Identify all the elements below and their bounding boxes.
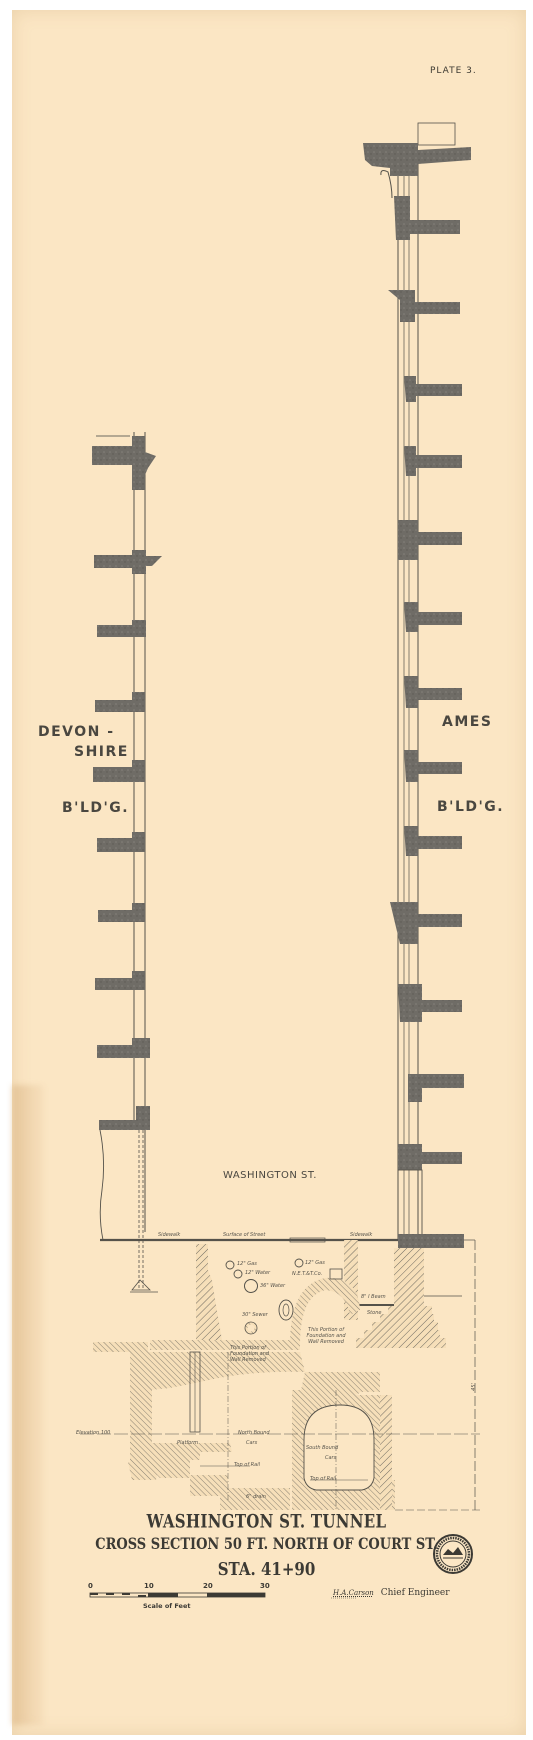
i-beam-label: 8" I Beam [361, 1294, 386, 1300]
water-pipe-12-label: 12" Water [245, 1270, 270, 1276]
netco-conduit-label: N.E.T.&T.Co. [292, 1271, 322, 1277]
gas-pipe-right-label: 12" Gas [305, 1260, 325, 1266]
sewer-label: 30" Sewer [242, 1312, 268, 1318]
south-cars-label: Cars [325, 1455, 336, 1461]
elevation-label: Elevation 100 [76, 1430, 110, 1436]
north-cars-label: Cars [246, 1440, 257, 1446]
scale-tick-0: 0 [88, 1582, 93, 1590]
engineer-title: Chief Engineer [381, 1588, 450, 1598]
height-dimension-label: 45' [471, 1383, 477, 1391]
tunnel-section [80, 1238, 480, 1510]
sidewalk-right-label: Sidewalk [350, 1232, 372, 1238]
scale-caption: Scale of Feet [143, 1602, 190, 1610]
scale-tick-20: 20 [203, 1582, 213, 1590]
north-bound-label: North Bound [238, 1430, 270, 1436]
drain-label: 6" drain [246, 1494, 266, 1500]
platform-label: Platform [177, 1440, 198, 1446]
drawing-subtitle: CROSS SECTION 50 FT. NORTH OF COURT ST. [0, 1535, 533, 1554]
gas-pipe-left-label: 12" Gas [237, 1261, 257, 1267]
drawing-title: WASHINGTON ST. TUNNEL [0, 1510, 533, 1533]
scale-tick-30: 30 [260, 1582, 270, 1590]
devonshire-label-line2: SHIRE [74, 744, 129, 760]
removed-portion-right-label: This Portion of Foundation and Wall Remo… [305, 1327, 347, 1345]
surface-of-street-label: Surface of Street [223, 1232, 265, 1238]
sidewalk-left-label: Sidewalk [158, 1232, 180, 1238]
scale-bar [90, 1593, 357, 1598]
water-pipe-36-label: 36" Water [260, 1283, 285, 1289]
stone-label: Stone [367, 1310, 381, 1316]
station-label: STA. 41+90 [0, 1559, 533, 1580]
devonshire-label-line1: DEVON - [38, 724, 115, 740]
devonshire-label-line3: B'LD'G. [62, 800, 129, 816]
cross-section-drawing [0, 0, 533, 1740]
washington-street-label: WASHINGTON ST. [223, 1170, 317, 1181]
top-of-rail-left-label: Top of Rail [234, 1462, 260, 1468]
scale-tick-10: 10 [144, 1582, 154, 1590]
removed-portion-left-label: This Portion of Foundation and Wall Remo… [230, 1345, 276, 1363]
south-bound-label: South Bound [306, 1445, 338, 1451]
engineer-signature-block: H.A.Carson Chief Engineer [333, 1588, 450, 1598]
ames-label-line1: AMES [442, 714, 492, 730]
ames-label-line2: B'LD'G. [437, 799, 504, 815]
ames-building-section [363, 123, 471, 1248]
devonshire-building-section [92, 432, 162, 1292]
top-of-rail-right-label: Top of Rail [310, 1476, 336, 1482]
engineer-signature: H.A.Carson [333, 1589, 374, 1597]
plate-number: PLATE 3. [430, 66, 477, 76]
